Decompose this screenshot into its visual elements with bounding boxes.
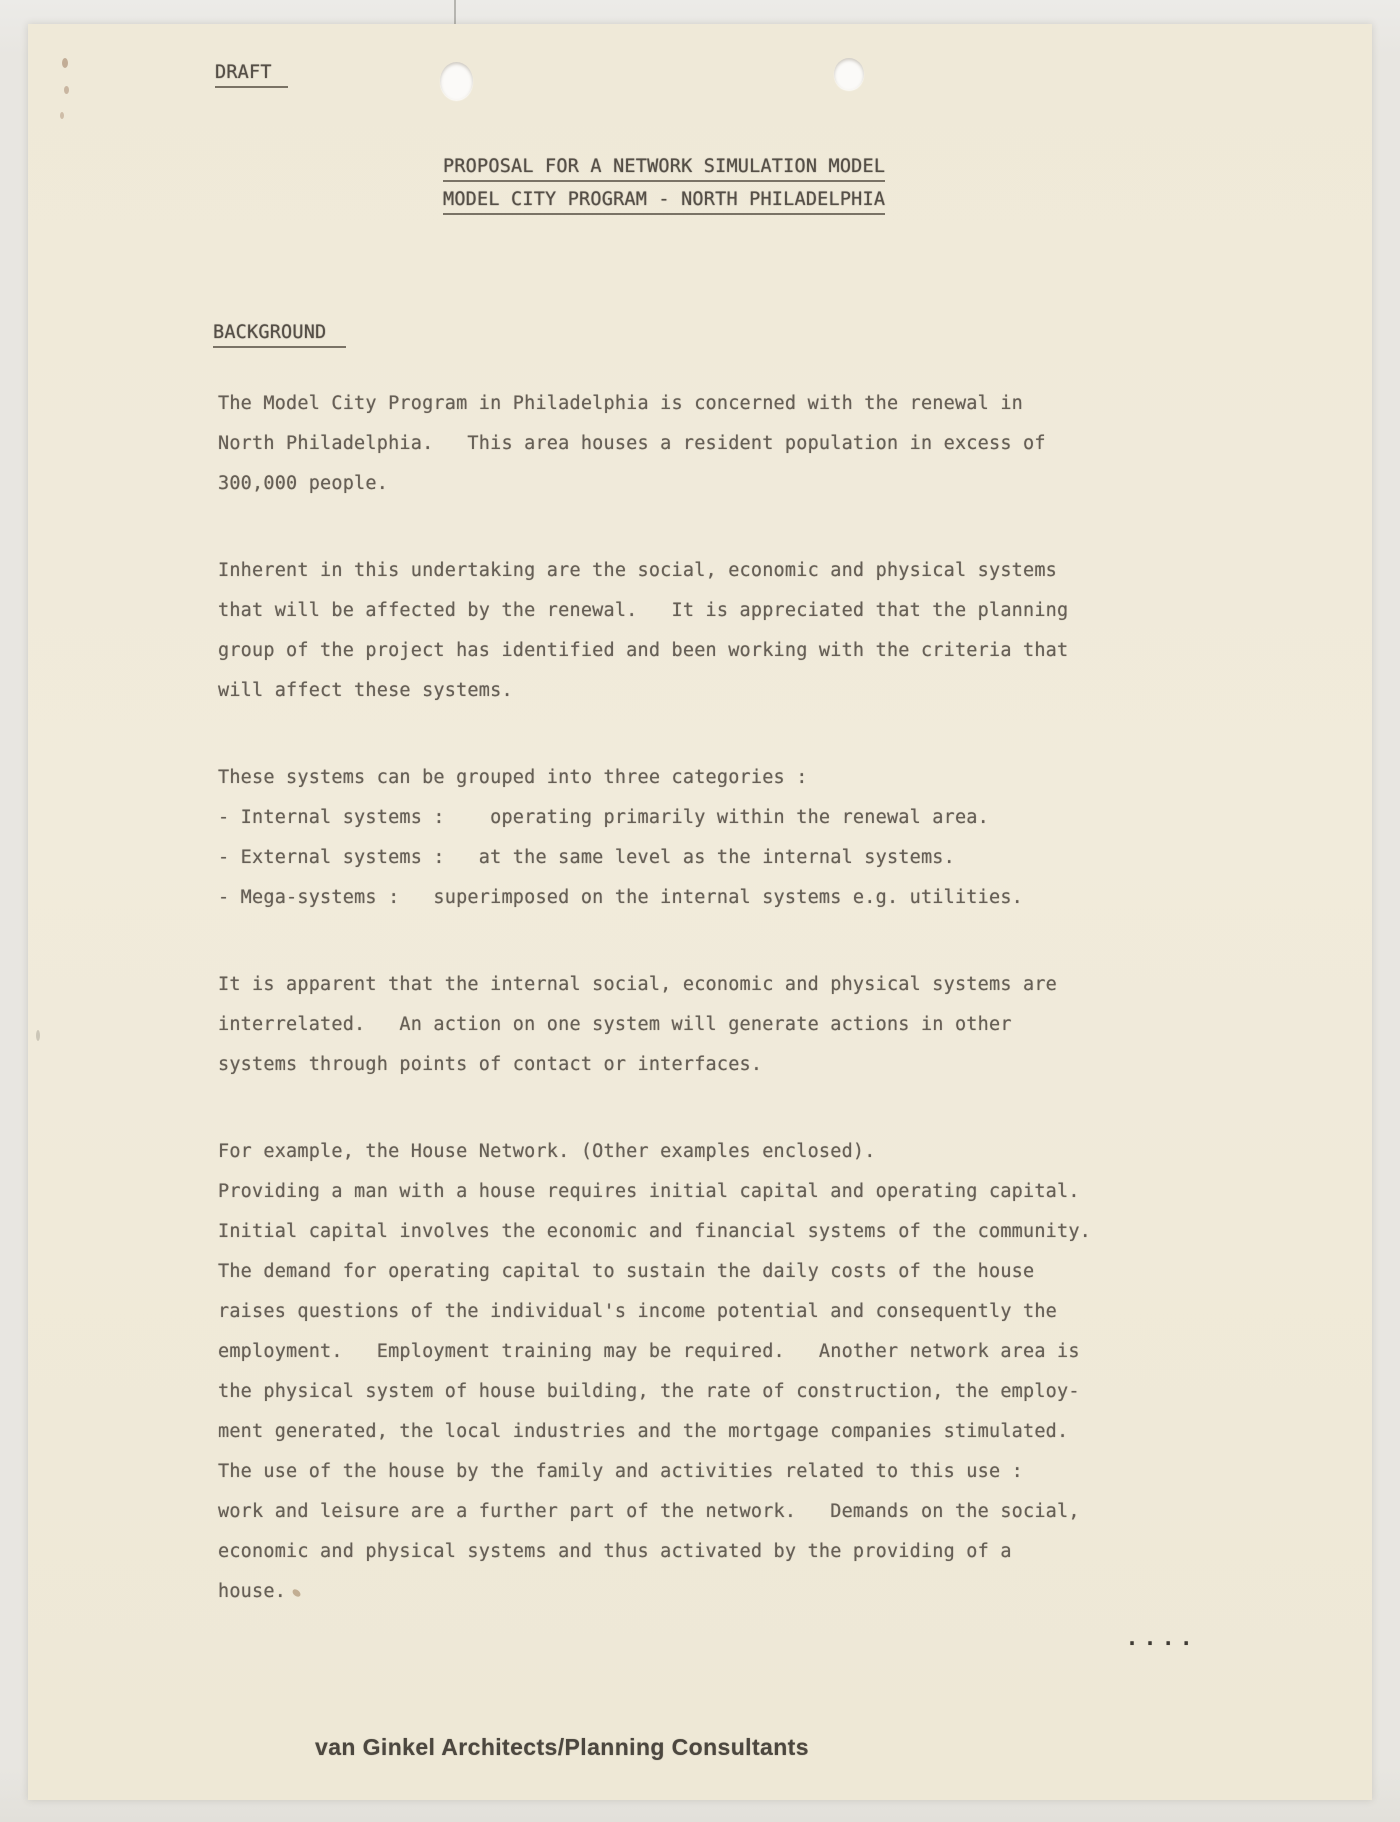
- text-line: These systems can be grouped into three …: [218, 758, 1178, 798]
- text-line: 300,000 people.: [218, 464, 1178, 504]
- text-line: ment generated, the local industries and…: [218, 1412, 1178, 1452]
- text-line: that will be affected by the renewal. It…: [218, 591, 1178, 631]
- paper-speck: [64, 86, 69, 94]
- paragraph: The Model City Program in Philadelphia i…: [218, 384, 1178, 504]
- text-line: For example, the House Network. (Other e…: [218, 1132, 1178, 1172]
- text-line: interrelated. An action on one system wi…: [218, 1005, 1178, 1045]
- text-line: house.: [218, 1572, 1178, 1612]
- text-line: North Philadelphia. This area houses a r…: [218, 424, 1178, 464]
- text-line: employment. Employment training may be r…: [218, 1332, 1178, 1372]
- letterhead-footer: van Ginkel Architects/Planning Consultan…: [315, 1734, 809, 1761]
- text-line: the physical system of house building, t…: [218, 1372, 1178, 1412]
- punch-hole-left: [440, 62, 473, 100]
- paper-speck: [60, 112, 64, 119]
- text-line: The use of the house by the family and a…: [218, 1452, 1178, 1492]
- draft-label: DRAFT: [215, 62, 288, 83]
- text-line: Initial capital involves the economic an…: [218, 1212, 1178, 1252]
- draft-label-text: DRAFT: [215, 62, 288, 88]
- text-line: It is apparent that the internal social,…: [218, 965, 1178, 1005]
- document-title: PROPOSAL FOR A NETWORK SIMULATION MODELM…: [443, 150, 885, 216]
- paragraph: It is apparent that the internal social,…: [218, 965, 1178, 1085]
- text-line: raises questions of the individual's inc…: [218, 1292, 1178, 1332]
- text-line: - Internal systems : operating primarily…: [218, 798, 1178, 838]
- paper-speck: [36, 1030, 40, 1041]
- text-line: will affect these systems.: [218, 671, 1178, 711]
- paper-speck: [62, 58, 68, 68]
- text-line: - Mega-systems : superimposed on the int…: [218, 878, 1178, 918]
- text-line: work and leisure are a further part of t…: [218, 1492, 1178, 1532]
- continuation-dots: ....: [1126, 1626, 1198, 1650]
- section-heading-text: BACKGROUND: [213, 322, 346, 348]
- text-line: Inherent in this undertaking are the soc…: [218, 551, 1178, 591]
- text-line: Providing a man with a house requires in…: [218, 1172, 1178, 1212]
- section-heading: BACKGROUND: [213, 322, 346, 343]
- title-line-1: PROPOSAL FOR A NETWORK SIMULATION MODEL: [443, 150, 885, 183]
- document-page: DRAFT PROPOSAL FOR A NETWORK SIMULATION …: [28, 24, 1372, 1800]
- title-line-2: MODEL CITY PROGRAM - NORTH PHILADELPHIA: [443, 183, 885, 216]
- text-line: economic and physical systems and thus a…: [218, 1532, 1178, 1572]
- paragraph: For example, the House Network. (Other e…: [218, 1132, 1178, 1612]
- punch-hole-right: [834, 58, 864, 90]
- document-body: The Model City Program in Philadelphia i…: [218, 384, 1178, 1659]
- paragraph: Inherent in this undertaking are the soc…: [218, 551, 1178, 711]
- scan-background: DRAFT PROPOSAL FOR A NETWORK SIMULATION …: [0, 0, 1400, 1822]
- text-line: - External systems : at the same level a…: [218, 838, 1178, 878]
- paragraph: These systems can be grouped into three …: [218, 758, 1178, 918]
- text-line: group of the project has identified and …: [218, 631, 1178, 671]
- text-line: The demand for operating capital to sust…: [218, 1252, 1178, 1292]
- text-line: systems through points of contact or int…: [218, 1045, 1178, 1085]
- text-line: The Model City Program in Philadelphia i…: [218, 384, 1178, 424]
